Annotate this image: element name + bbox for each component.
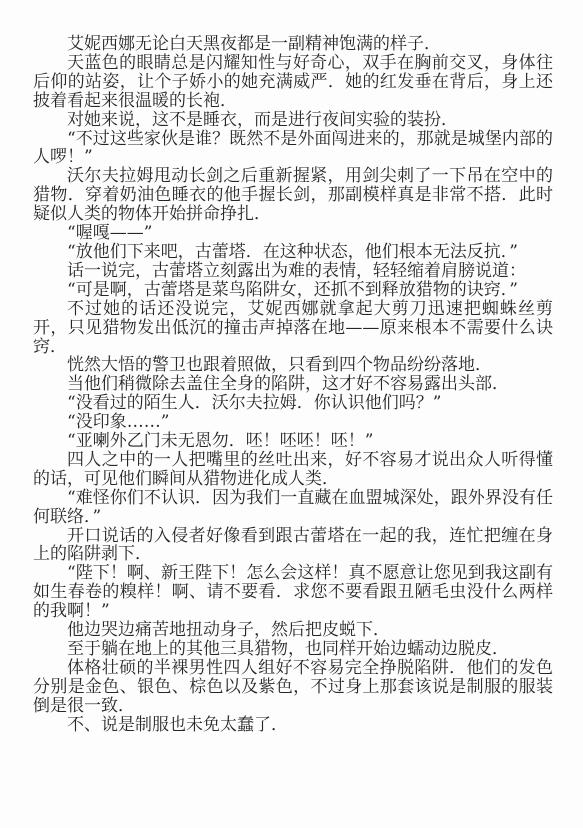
paragraph: “没看过的陌生人．沃尔夫拉姆．你认识他们吗？” (33, 394, 553, 413)
paragraph: “难怪你们不认识．因为我们一直藏在血盟城深处，跟外界没有任何联络．” (33, 489, 553, 527)
paragraph: 天蓝色的眼睛总是闪耀知性与好奇心，双手在胸前交叉，身体往后仰的站姿，让个子娇小的… (33, 54, 553, 111)
book-page: 艾妮西娜无论白天黑夜都是一副精神饱满的样子． 天蓝色的眼睛总是闪耀知性与好奇心，… (0, 0, 583, 828)
paragraph: 艾妮西娜无论白天黑夜都是一副精神饱满的样子． (33, 35, 553, 54)
paragraph: 他边哭边痛苦地扭动身子，然后把皮蜕下． (33, 621, 553, 640)
paragraph: 沃尔夫拉姆甩动长剑之后重新握紧，用剑尖刺了一下吊在空中的猎物．穿着奶油色睡衣的他… (33, 167, 553, 224)
paragraph: 四人之中的一人把嘴里的丝吐出来，好不容易才说出众人听得懂的话，可见他们瞬间从猎物… (33, 451, 553, 489)
paragraph: “放他们下来吧，古蕾塔．在这种状态，他们根本无法反抗．” (33, 243, 553, 262)
page-text: 艾妮西娜无论白天黑夜都是一副精神饱满的样子． 天蓝色的眼睛总是闪耀知性与好奇心，… (33, 35, 553, 735)
paragraph: “可是啊，古蕾塔是菜鸟陷阱女，还抓不到释放猎物的诀窍．” (33, 281, 553, 300)
paragraph: 至于躺在地上的其他三具猎物，也同样开始边蠕动边脱皮． (33, 640, 553, 659)
paragraph: “陛下！啊、新王陛下！怎么会这样！真不愿意让您见到我这副有如生春卷的糗样！啊、请… (33, 564, 553, 621)
paragraph: 当他们稍微除去盖住全身的陷阱，这才好不容易露出头部． (33, 375, 553, 394)
paragraph: 话一说完，古蕾塔立刻露出为难的表情，轻轻缩着肩膀说道： (33, 262, 553, 281)
paragraph: “没印象……” (33, 413, 553, 432)
paragraph: 不、说是制服也未免太蠢了． (33, 716, 553, 735)
paragraph: “不过这些家伙是谁？既然不是外面闯进来的，那就是城堡内部的人啰！” (33, 130, 553, 168)
paragraph: 开口说话的入侵者好像看到跟古蕾塔在一起的我，连忙把缠在身上的陷阱剥下． (33, 527, 553, 565)
paragraph: 不过她的话还没说完，艾妮西娜就拿起大剪刀迅速把蜘蛛丝剪开，只见猎物发出低沉的撞击… (33, 300, 553, 357)
paragraph: 对她来说，这不是睡衣，而是进行夜间实验的装扮． (33, 111, 553, 130)
paragraph: “亚喇外乙门未无恩勿．呸！呸呸！呸！” (33, 432, 553, 451)
paragraph: “喔嘎——” (33, 224, 553, 243)
paragraph: 恍然大悟的警卫也跟着照做，只看到四个物品纷纷落地． (33, 356, 553, 375)
paragraph: 体格壮硕的半裸男性四人组好不容易完全挣脱陷阱．他们的发色分别是金色、银色、棕色以… (33, 659, 553, 716)
